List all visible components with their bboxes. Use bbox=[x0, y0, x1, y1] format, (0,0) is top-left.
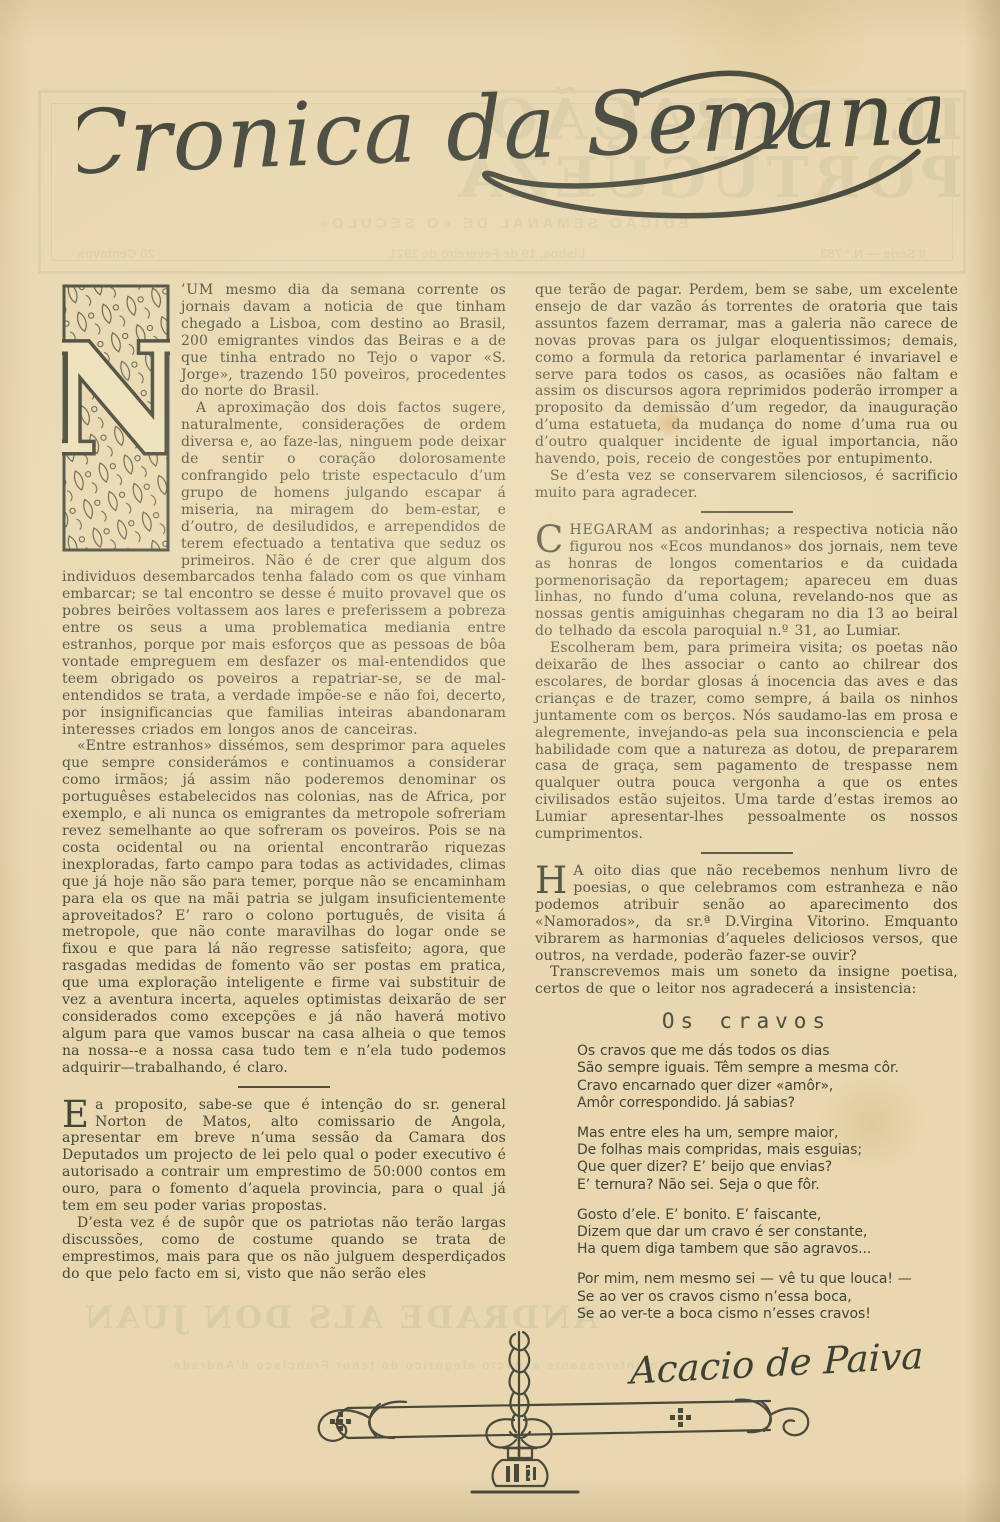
paragraph: D’esta vez é de supôr que os patriotas n… bbox=[62, 1215, 506, 1283]
paragraph: Escolheram bem, para primeira visita; os… bbox=[535, 640, 958, 843]
lead-in: HEGARAM bbox=[569, 522, 653, 538]
continuation-section: que terão de pagar. Perdem, bem se sabe,… bbox=[535, 282, 958, 502]
paragraph-text: as andorinhas; a respectiva noticia não … bbox=[535, 522, 958, 639]
right-column: que terão de pagar. Perdem, bem se sabe,… bbox=[535, 282, 958, 1336]
poem-line: E’ ternura? Não sei. Seja o que fôr. bbox=[577, 1177, 958, 1194]
paragraph-text: a proposito, sabe-se que é intenção do s… bbox=[62, 1097, 506, 1214]
paragraph: Transcrevemos mais um soneto da insigne … bbox=[535, 964, 958, 998]
paragraph: CHEGARAM as andorinhas; a respectiva not… bbox=[535, 522, 958, 640]
norton-de-matos-section: Ea proposito, sabe-se que é intenção do … bbox=[62, 1097, 506, 1283]
quill-and-inkwell-illustration bbox=[230, 1328, 810, 1504]
poem-title: Os cravos bbox=[535, 1013, 958, 1030]
poem-line: Se ao ver-te a boca cismo n’esses cravos… bbox=[577, 1306, 958, 1323]
poem-os-cravos: Os cravos que me dás todos os dias São s… bbox=[535, 1043, 958, 1323]
poem-line: Os cravos que me dás todos os dias bbox=[577, 1043, 958, 1060]
paragraph-text: oito dias que não recebemos nenhum livro… bbox=[535, 863, 958, 964]
cross-dots-left bbox=[330, 1412, 351, 1431]
poem-stanza: Mas entre eles ha um, sempre maior, De f… bbox=[577, 1125, 958, 1194]
drop-cap-C: C bbox=[535, 522, 569, 555]
paragraph: Se d’esta vez se conservarem silenciosos… bbox=[535, 468, 958, 502]
cross-dots-right bbox=[670, 1408, 691, 1427]
poem-line: São sempre iguais. Têm sempre a mesma cô… bbox=[577, 1060, 958, 1077]
poem-stanza: Os cravos que me dás todos os dias São s… bbox=[577, 1043, 958, 1112]
drop-cap-E: E bbox=[62, 1097, 95, 1130]
poem-stanza: Gosto d’ele. E’ bonito. E’ faiscante, Di… bbox=[577, 1207, 958, 1259]
ornate-initial-N: N bbox=[62, 284, 170, 552]
poem-line: Dizem que dar um cravo é ser constante, bbox=[577, 1224, 958, 1241]
poem-line: Que quer dizer? E’ beijo que envias? bbox=[577, 1159, 958, 1176]
poem-line: Por mim, nem mesmo sei — vê tu que louca… bbox=[577, 1271, 958, 1288]
section-divider bbox=[701, 852, 793, 854]
lead-in: ’UM bbox=[181, 282, 214, 298]
paragraph: Ea proposito, sabe-se que é intenção do … bbox=[62, 1097, 506, 1215]
page-title: Cronica da Semana bbox=[78, 58, 940, 248]
section-divider bbox=[701, 511, 793, 513]
poem-line: De folhas mais compridas, mais esguias; bbox=[577, 1142, 958, 1159]
scroll-right-hook bbox=[770, 1409, 808, 1436]
bleedthrough-dateline: II Serie — N.º 783 Lisboa, 19 de Feverei… bbox=[78, 246, 926, 261]
poem-stanza: Por mim, nem mesmo sei — vê tu que louca… bbox=[577, 1271, 958, 1323]
left-column: N ’UM mesmo dia da semana corrente os jo… bbox=[62, 282, 506, 1283]
scroll-bar-top-edge bbox=[348, 1401, 770, 1408]
paragraph: que terão de pagar. Perdem, bem se sabe,… bbox=[535, 282, 958, 468]
paragraph-text: mesmo dia da semana corrente os jornais … bbox=[181, 282, 506, 399]
andorinhas-section: CHEGARAM as andorinhas; a respectiva not… bbox=[535, 522, 958, 843]
poesias-section: HA oito dias que não recebemos nenhum li… bbox=[535, 863, 958, 998]
scroll-bar-bottom-edge bbox=[348, 1430, 770, 1438]
bleedthrough-price: 20 Centavos bbox=[78, 246, 155, 261]
bleedthrough-issue: II Serie — N.º 783 bbox=[820, 246, 926, 261]
paragraph: HA oito dias que não recebemos nenhum li… bbox=[535, 863, 958, 964]
section-divider bbox=[238, 1086, 330, 1088]
page-title-text: Cronica da Semana bbox=[78, 61, 940, 195]
bleedthrough-date: Lisboa, 19 de Fevereiro de 1921 bbox=[389, 246, 585, 261]
poem-line: Gosto d’ele. E’ bonito. E’ faiscante, bbox=[577, 1207, 958, 1224]
lead-in: A bbox=[573, 863, 584, 879]
poem-line: Amôr correspondido. Já sabias? bbox=[577, 1095, 958, 1112]
intro-section: N ’UM mesmo dia da semana corrente os jo… bbox=[62, 282, 506, 1077]
poem-line: Ha quem diga tambem que são agravos... bbox=[577, 1241, 958, 1258]
poem-line: Se ao ver os cravos cismo n’essa boca, bbox=[577, 1289, 958, 1306]
poem-line: Cravo encarnado quer dizer «amôr», bbox=[577, 1078, 958, 1095]
poem-line: Mas entre eles ha um, sempre maior, bbox=[577, 1125, 958, 1142]
ornate-initial-letter: N bbox=[62, 312, 170, 488]
drop-cap-H: H bbox=[535, 863, 573, 896]
paragraph: «Entre estranhos» dissémos, sem desprimo… bbox=[62, 738, 506, 1076]
